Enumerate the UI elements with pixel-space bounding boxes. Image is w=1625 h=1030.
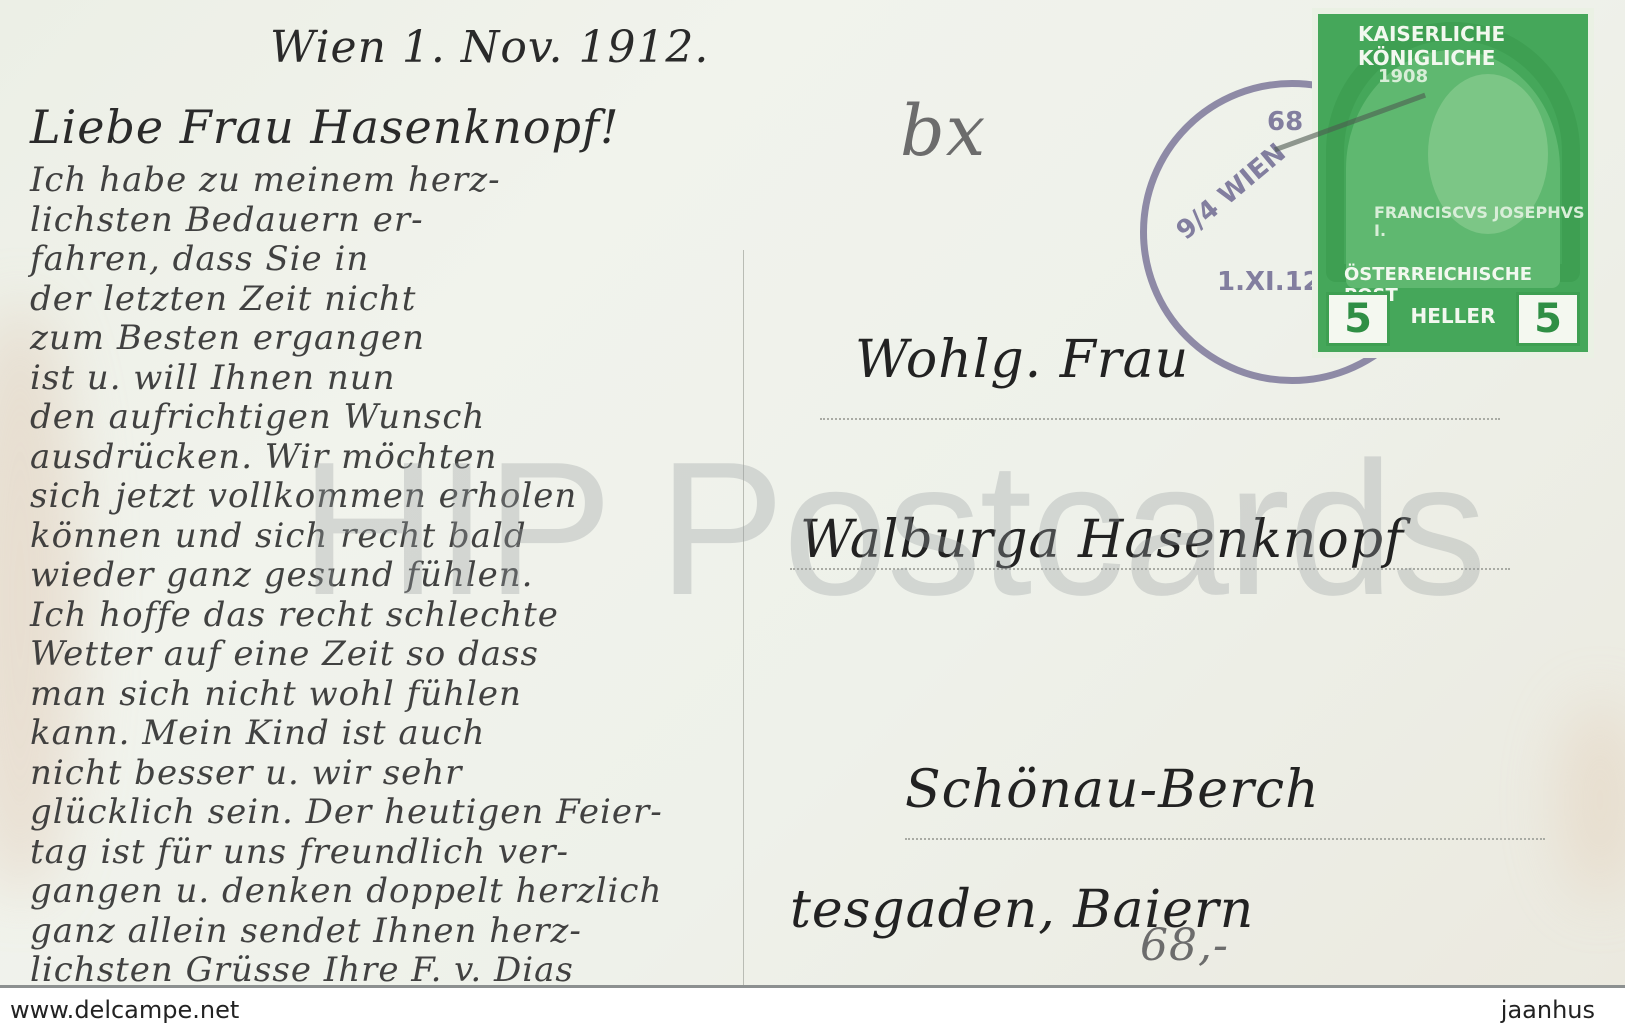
address-line-1: Wohlg. Frau	[855, 330, 1189, 390]
stamp-currency: HELLER	[1398, 304, 1508, 328]
message-line: man sich nicht wohl fühlen	[30, 674, 522, 714]
message-line: lichsten Grüsse Ihre F. v. Dias	[30, 950, 574, 988]
stamp-value-right: 5	[1516, 292, 1580, 346]
message-line: nicht besser u. wir sehr	[30, 753, 462, 793]
message-line: fahren, dass Sie in	[30, 239, 369, 279]
message-line: tag ist für uns freundlich ver-	[30, 832, 569, 872]
postage-stamp: KAISERLICHE KÖNIGLICHE 1908 FRANCISCVS J…	[1318, 14, 1588, 352]
greeting: Liebe Frau Hasenknopf!	[30, 100, 620, 154]
age-stain	[1560, 700, 1625, 900]
message-line: kann. Mein Kind ist auch	[30, 713, 485, 753]
address-line-3: Schönau-Berch	[905, 760, 1320, 820]
message-line: glücklich sein. Der heutigen Feier-	[30, 792, 663, 832]
address-rule	[905, 838, 1545, 842]
postcard-back: Wien 1. Nov. 1912. Liebe Frau Hasenknopf…	[0, 0, 1625, 988]
message-line: gangen u. denken doppelt herzlich	[30, 871, 662, 911]
credit-jaanhus: jaanhus	[1501, 996, 1595, 1024]
stamp-value-left: 5	[1326, 292, 1390, 346]
message-line: ist u. will Ihnen nun	[30, 358, 396, 398]
postmark-city: 9/4 WIEN	[1171, 138, 1292, 246]
pencil-price: 68,-	[1140, 920, 1229, 971]
message-line: ganz allein sendet Ihnen herz-	[30, 911, 582, 951]
message-line: der letzten Zeit nicht	[30, 279, 416, 319]
stamp-year: 1908	[1378, 66, 1428, 87]
watermark: HIP Postcards	[300, 420, 1485, 638]
credit-delcampe: www.delcampe.net	[10, 996, 239, 1024]
date-line: Wien 1. Nov. 1912.	[270, 22, 709, 73]
message-line: Wetter auf eine Zeit so dass	[30, 634, 539, 674]
stamp-text-top: KAISERLICHE KÖNIGLICHE	[1358, 22, 1588, 70]
stamp-portrait-name: FRANCISCVS JOSEPHVS I.	[1374, 204, 1588, 240]
pencil-mark: bx	[900, 90, 986, 172]
postmark-number: 68	[1267, 107, 1303, 137]
postmark-date: 1.XI.12	[1217, 267, 1321, 297]
message-line: Ich habe zu meinem herz-	[30, 160, 501, 200]
message-line: zum Besten ergangen	[30, 318, 425, 358]
message-line: lichsten Bedauern er-	[30, 200, 424, 240]
